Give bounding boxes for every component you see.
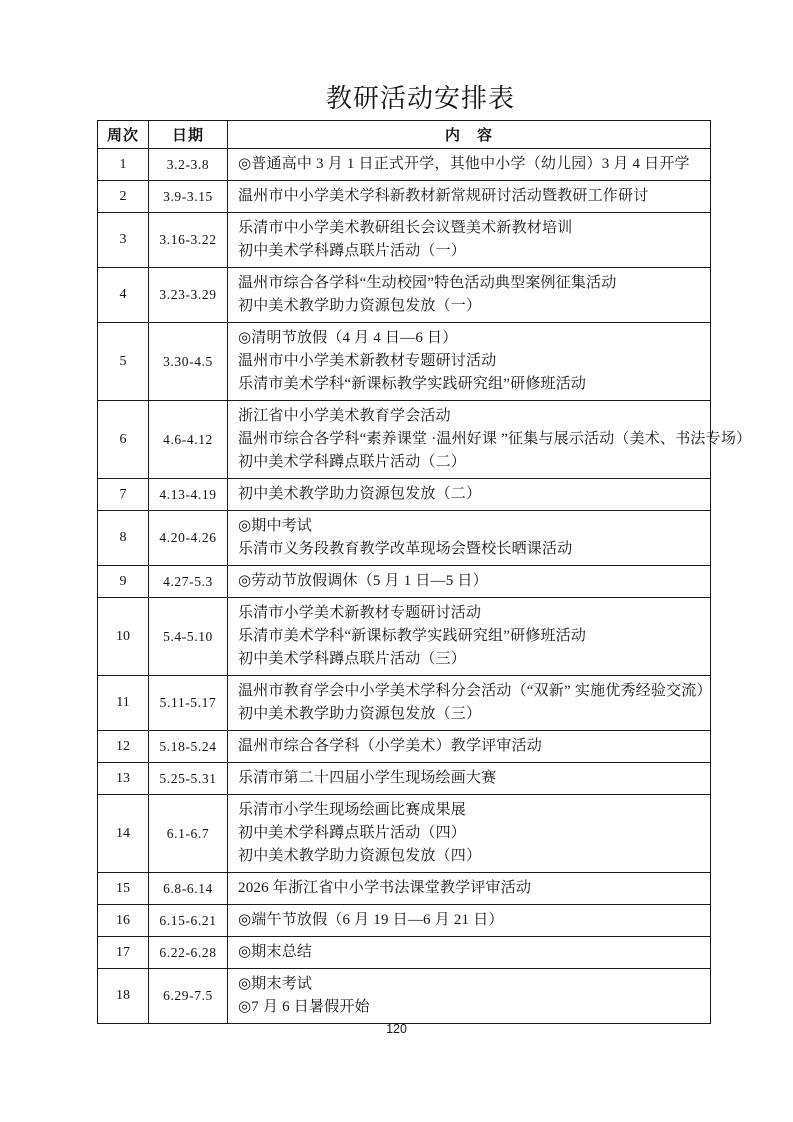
content-cell: 乐清市小学美术新教材专题研讨活动乐清市美术学科“新课标教学实践研究组”研修班活动… (228, 598, 711, 676)
week-cell: 12 (98, 731, 149, 763)
content-cell: ◎端午节放假（6 月 19 日—6 月 21 日） (228, 905, 711, 937)
table-body: 13.2-3.8◎普通高中 3 月 1 日正式开学，其他中小学（幼儿园）3 月 … (98, 149, 711, 1024)
week-cell: 17 (98, 937, 149, 969)
content-cell: 乐清市小学生现场绘画比赛成果展初中美术学科蹲点联片活动（四）初中美术教学助力资源… (228, 795, 711, 873)
content-line: ◎劳动节放假调休（5 月 1 日—5 日） (238, 570, 704, 593)
table-row: 53.30-4.5◎清明节放假（4 月 4 日—6 日）温州市中小学美术新教材专… (98, 323, 711, 401)
header-content: 内 容 (228, 121, 711, 149)
content-line: 初中美术教学助力资源包发放（一） (238, 295, 704, 318)
content-cell: ◎期末考试◎7 月 6 日暑假开始 (228, 969, 711, 1024)
week-cell: 11 (98, 676, 149, 731)
week-cell: 13 (98, 763, 149, 795)
table-row: 74.13-4.19初中美术教学助力资源包发放（二） (98, 479, 711, 511)
week-cell: 15 (98, 873, 149, 905)
content-line: 温州市中小学美术新教材专题研讨活动 (238, 350, 704, 373)
content-line: 初中美术教学助力资源包发放（二） (238, 483, 704, 506)
table-row: 156.8-6.142026 年浙江省中小学书法课堂教学评审活动 (98, 873, 711, 905)
content-cell: 温州市教育学会中小学美术学科分会活动（“双新” 实施优秀经验交流）初中美术教学助… (228, 676, 711, 731)
week-cell: 3 (98, 213, 149, 268)
date-cell: 3.23-3.29 (149, 268, 228, 323)
content-line: 乐清市小学美术新教材专题研讨活动 (238, 602, 704, 625)
table-row: 166.15-6.21◎端午节放假（6 月 19 日—6 月 21 日） (98, 905, 711, 937)
table-row: 115.11-5.17温州市教育学会中小学美术学科分会活动（“双新” 实施优秀经… (98, 676, 711, 731)
week-cell: 16 (98, 905, 149, 937)
week-cell: 6 (98, 401, 149, 479)
content-line: 乐清市第二十四届小学生现场绘画大赛 (238, 767, 704, 790)
content-line: 初中美术学科蹲点联片活动（四） (238, 822, 704, 845)
date-cell: 4.6-4.12 (149, 401, 228, 479)
table-row: 33.16-3.22乐清市中小学美术教研组长会议暨美术新教材培训初中美术学科蹲点… (98, 213, 711, 268)
content-line: 初中美术学科蹲点联片活动（一） (238, 240, 704, 263)
date-cell: 6.1-6.7 (149, 795, 228, 873)
content-line: 乐清市小学生现场绘画比赛成果展 (238, 799, 704, 822)
week-cell: 10 (98, 598, 149, 676)
content-cell: 温州市中小学美术学科新教材新常规研讨活动暨教研工作研讨 (228, 181, 711, 213)
content-cell: ◎期末总结 (228, 937, 711, 969)
content-cell: 温州市综合各学科“生动校园”特色活动典型案例征集活动初中美术教学助力资源包发放（… (228, 268, 711, 323)
document-page: 教研活动安排表 周次 日期 内 容 13.2-3.8◎普通高中 3 月 1 日正… (0, 0, 793, 1122)
date-cell: 4.27-5.3 (149, 566, 228, 598)
content-line: 温州市综合各学科（小学美术）教学评审活动 (238, 735, 704, 758)
content-line: 乐清市美术学科“新课标教学实践研究组”研修班活动 (238, 373, 704, 396)
date-cell: 6.22-6.28 (149, 937, 228, 969)
week-cell: 7 (98, 479, 149, 511)
content-line: ◎清明节放假（4 月 4 日—6 日） (238, 327, 704, 350)
table-row: 186.29-7.5◎期末考试◎7 月 6 日暑假开始 (98, 969, 711, 1024)
table-row: 64.6-4.12浙江省中小学美术教育学会活动温州市综合各学科“素养课堂 ·温州… (98, 401, 711, 479)
content-cell: ◎期中考试乐清市义务段教育教学改革现场会暨校长晒课活动 (228, 511, 711, 566)
date-cell: 6.15-6.21 (149, 905, 228, 937)
content-cell: 初中美术教学助力资源包发放（二） (228, 479, 711, 511)
date-cell: 5.4-5.10 (149, 598, 228, 676)
content-line: 温州市中小学美术学科新教材新常规研讨活动暨教研工作研讨 (238, 185, 704, 208)
content-cell: 温州市综合各学科（小学美术）教学评审活动 (228, 731, 711, 763)
date-cell: 3.30-4.5 (149, 323, 228, 401)
content-cell: ◎清明节放假（4 月 4 日—6 日）温州市中小学美术新教材专题研讨活动乐清市美… (228, 323, 711, 401)
content-line: 浙江省中小学美术教育学会活动 (238, 405, 704, 428)
content-line: ◎期中考试 (238, 515, 704, 538)
table-row: 13.2-3.8◎普通高中 3 月 1 日正式开学，其他中小学（幼儿园）3 月 … (98, 149, 711, 181)
table-row: 176.22-6.28◎期末总结 (98, 937, 711, 969)
table-row: 105.4-5.10乐清市小学美术新教材专题研讨活动乐清市美术学科“新课标教学实… (98, 598, 711, 676)
content-line: ◎端午节放假（6 月 19 日—6 月 21 日） (238, 909, 704, 932)
header-week: 周次 (98, 121, 149, 149)
table-row: 125.18-5.24温州市综合各学科（小学美术）教学评审活动 (98, 731, 711, 763)
schedule-table: 周次 日期 内 容 13.2-3.8◎普通高中 3 月 1 日正式开学，其他中小… (97, 120, 711, 1024)
week-cell: 14 (98, 795, 149, 873)
content-cell: 浙江省中小学美术教育学会活动温州市综合各学科“素养课堂 ·温州好课 ”征集与展示… (228, 401, 711, 479)
date-cell: 3.16-3.22 (149, 213, 228, 268)
date-cell: 4.20-4.26 (149, 511, 228, 566)
date-cell: 3.2-3.8 (149, 149, 228, 181)
content-cell: 乐清市中小学美术教研组长会议暨美术新教材培训初中美术学科蹲点联片活动（一） (228, 213, 711, 268)
content-line: 乐清市义务段教育教学改革现场会暨校长晒课活动 (238, 538, 704, 561)
table-row: 94.27-5.3◎劳动节放假调休（5 月 1 日—5 日） (98, 566, 711, 598)
date-cell: 5.25-5.31 (149, 763, 228, 795)
page-title: 教研活动安排表 (0, 0, 793, 114)
table-row: 135.25-5.31乐清市第二十四届小学生现场绘画大赛 (98, 763, 711, 795)
content-cell: ◎劳动节放假调休（5 月 1 日—5 日） (228, 566, 711, 598)
content-cell: 乐清市第二十四届小学生现场绘画大赛 (228, 763, 711, 795)
content-line: ◎7 月 6 日暑假开始 (238, 996, 704, 1019)
content-line: 温州市综合各学科“素养课堂 ·温州好课 ”征集与展示活动（美术、书法专场） (238, 428, 704, 451)
content-line: ◎普通高中 3 月 1 日正式开学，其他中小学（幼儿园）3 月 4 日开学 (238, 153, 704, 176)
table-row: 23.9-3.15温州市中小学美术学科新教材新常规研讨活动暨教研工作研讨 (98, 181, 711, 213)
content-line: 乐清市美术学科“新课标教学实践研究组”研修班活动 (238, 625, 704, 648)
week-cell: 4 (98, 268, 149, 323)
table-row: 146.1-6.7乐清市小学生现场绘画比赛成果展初中美术学科蹲点联片活动（四）初… (98, 795, 711, 873)
content-line: ◎期末总结 (238, 941, 704, 964)
week-cell: 8 (98, 511, 149, 566)
week-cell: 1 (98, 149, 149, 181)
date-cell: 6.8-6.14 (149, 873, 228, 905)
content-cell: 2026 年浙江省中小学书法课堂教学评审活动 (228, 873, 711, 905)
date-cell: 5.18-5.24 (149, 731, 228, 763)
date-cell: 6.29-7.5 (149, 969, 228, 1024)
content-line: 乐清市中小学美术教研组长会议暨美术新教材培训 (238, 217, 704, 240)
date-cell: 5.11-5.17 (149, 676, 228, 731)
content-cell: ◎普通高中 3 月 1 日正式开学，其他中小学（幼儿园）3 月 4 日开学 (228, 149, 711, 181)
week-cell: 9 (98, 566, 149, 598)
content-line: ◎期末考试 (238, 973, 704, 996)
content-line: 温州市综合各学科“生动校园”特色活动典型案例征集活动 (238, 272, 704, 295)
week-cell: 2 (98, 181, 149, 213)
table-header-row: 周次 日期 内 容 (98, 121, 711, 149)
date-cell: 3.9-3.15 (149, 181, 228, 213)
content-line: 温州市教育学会中小学美术学科分会活动（“双新” 实施优秀经验交流） (238, 680, 704, 703)
week-cell: 18 (98, 969, 149, 1024)
content-line: 初中美术学科蹲点联片活动（二） (238, 451, 704, 474)
content-line: 初中美术教学助力资源包发放（三） (238, 703, 704, 726)
page-number: 120 (0, 1022, 793, 1036)
week-cell: 5 (98, 323, 149, 401)
header-date: 日期 (149, 121, 228, 149)
content-line: 2026 年浙江省中小学书法课堂教学评审活动 (238, 877, 704, 900)
content-line: 初中美术学科蹲点联片活动（三） (238, 648, 704, 671)
date-cell: 4.13-4.19 (149, 479, 228, 511)
content-line: 初中美术教学助力资源包发放（四） (238, 845, 704, 868)
table-row: 43.23-3.29温州市综合各学科“生动校园”特色活动典型案例征集活动初中美术… (98, 268, 711, 323)
table-row: 84.20-4.26◎期中考试乐清市义务段教育教学改革现场会暨校长晒课活动 (98, 511, 711, 566)
